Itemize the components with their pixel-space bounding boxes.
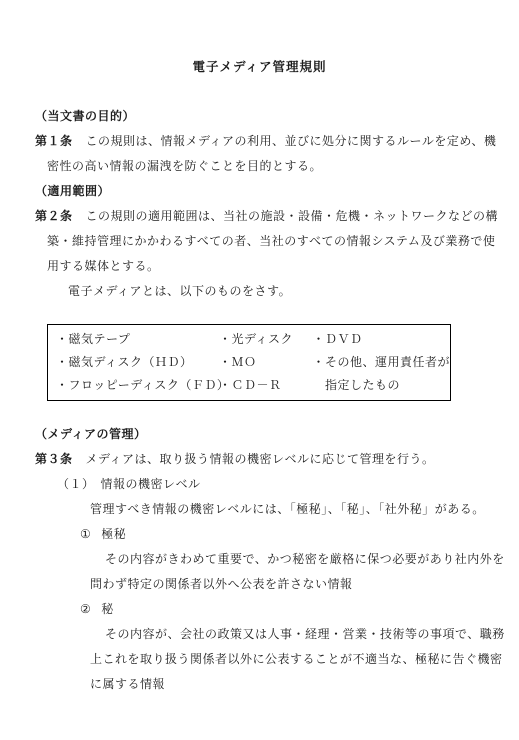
level2-line1: その内容が、会社の政策又は人事・経理・営業・技術等の事項で、職務 [35, 622, 493, 647]
article1-line1: 第１条この規則は、情報メディアの利用、並びに処分に関するルールを定め、機 [35, 129, 493, 154]
media-box-column-2: ・光ディスク ・ＭＯ ・ＣＤ－Ｒ [219, 328, 312, 397]
media-item: ・ＣＤ－Ｒ [219, 374, 312, 397]
item1-title: 情報の機密レベル [101, 477, 201, 491]
level2-title-line: ②秘 [35, 597, 493, 622]
article2-line3: 用する媒体とする。 [35, 254, 493, 279]
article2-text1: この規則の適用範囲は、当社の施設・設備・危機・ネットワークなどの構 [86, 209, 499, 223]
level2-number: ② [80, 602, 91, 616]
heading-scope: （適用範囲） [35, 179, 493, 204]
level1-number: ① [80, 527, 91, 541]
article1-line2: 密性の高い情報の漏洩を防ぐことを目的とする。 [35, 154, 493, 179]
article2-line1: 第２条この規則の適用範囲は、当社の施設・設備・危機・ネットワークなどの構 [35, 204, 493, 229]
media-item: ・光ディスク [219, 328, 312, 351]
level1-line1: その内容がきわめて重要で、かつ秘密を厳格に保つ必要があり社内外を [35, 547, 493, 572]
article2-label: 第２条 [35, 209, 73, 223]
level1-line2: 問わず特定の関係者以外へ公表を許さない情報 [35, 572, 493, 597]
article1-label: 第１条 [35, 134, 73, 148]
level1-title: 極秘 [101, 527, 126, 541]
article2-note: 電子メディアとは、以下のものをさす。 [35, 279, 493, 304]
media-box-column-1: ・磁気テープ ・磁気ディスク（ＨＤ） ・フロッピーディスク（ＦＤ） [56, 328, 219, 397]
document-title: 電子メディア管理規則 [0, 0, 519, 77]
item1-desc: 管理すべき情報の機密レベルには、「極秘」、「秘」、「社外秘」がある。 [35, 497, 493, 522]
level1-title-line: ①極秘 [35, 522, 493, 547]
item1-label: （１） [57, 477, 95, 491]
media-item: 指定したもの [312, 374, 450, 397]
article1-text1: この規則は、情報メディアの利用、並びに処分に関するルールを定め、機 [86, 134, 497, 148]
media-item: ・その他、運用責任者が [312, 351, 450, 374]
media-item: ・磁気ディスク（ＨＤ） [56, 351, 219, 374]
article3-label: 第３条 [35, 452, 73, 466]
article3-line1: 第３条メディアは、取り扱う情報の機密レベルに応じて管理を行う。 [35, 447, 493, 472]
heading-management: （メディアの管理） [35, 422, 493, 447]
document-body: （当文書の目的） 第１条この規則は、情報メディアの利用、並びに処分に関するルール… [0, 104, 519, 697]
heading-purpose: （当文書の目的） [35, 104, 493, 129]
media-item: ・フロッピーディスク（ＦＤ） [56, 374, 219, 397]
media-item: ・磁気テープ [56, 328, 219, 351]
article2-line2: 築・維持管理にかかわるすべての者、当社のすべての情報システム及び業務で使 [35, 229, 493, 254]
document-page: 電子メディア管理規則 （当文書の目的） 第１条この規則は、情報メディアの利用、並… [0, 0, 519, 740]
item1-title-line: （１）情報の機密レベル [35, 472, 493, 497]
media-item: ・ＭＯ [219, 351, 312, 374]
level2-title: 秘 [101, 602, 114, 616]
article3-text1: メディアは、取り扱う情報の機密レベルに応じて管理を行う。 [86, 452, 435, 466]
level2-line3: に属する情報 [35, 672, 493, 697]
media-item: ・ＤＶＤ [312, 328, 450, 351]
media-box-column-3: ・ＤＶＤ ・その他、運用責任者が 指定したもの [312, 328, 450, 397]
media-types-box: ・磁気テープ ・磁気ディスク（ＨＤ） ・フロッピーディスク（ＦＤ） ・光ディスク… [47, 324, 451, 401]
level2-line2: 上これを取り扱う関係者以外に公表することが不適当な、極秘に告ぐ機密 [35, 647, 493, 672]
